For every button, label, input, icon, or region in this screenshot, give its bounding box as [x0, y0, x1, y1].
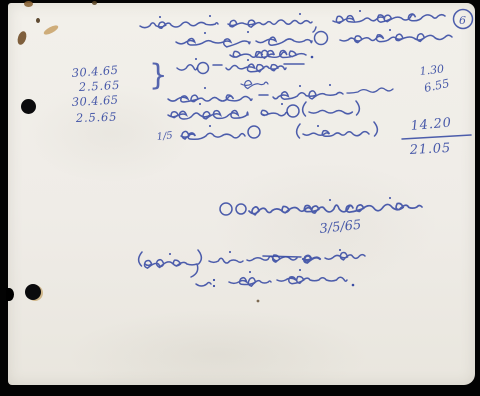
stain-speck [36, 18, 40, 23]
paper-sheet [8, 3, 475, 385]
punch-hole-bottom [25, 284, 41, 300]
stain-tan-streak [43, 24, 60, 37]
scanned-document: 6 30.4.65 2.5.65 } 1.30 30.4.65 6.55 2.5… [0, 0, 480, 396]
paper-edge-chip [6, 288, 14, 301]
stain-top-edge-2 [92, 1, 97, 5]
punch-hole-top [21, 99, 36, 114]
stain-dark-smudge [16, 30, 28, 46]
stain-top-edge [24, 1, 33, 7]
